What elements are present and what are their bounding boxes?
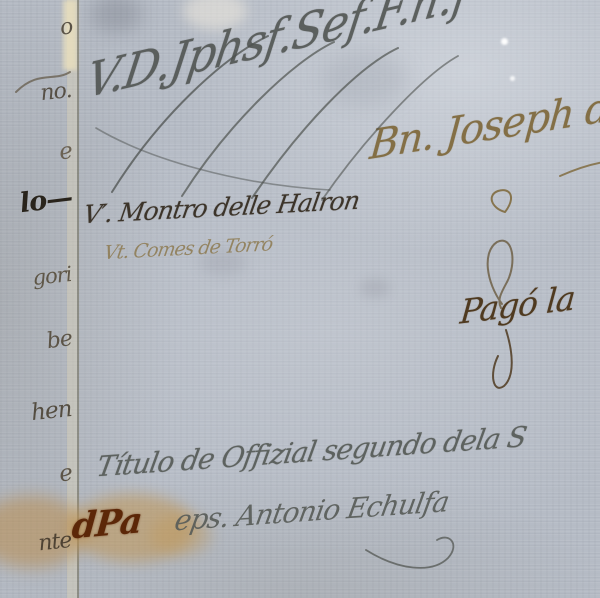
white-speck xyxy=(501,38,508,45)
paper-mottle xyxy=(360,278,390,298)
margin-fragment: e xyxy=(1,138,74,173)
top-rubric-signature: V.D.Jphsf.Sef.F.h.f xyxy=(83,0,473,110)
paper-smudge xyxy=(90,0,142,34)
margin-fragment: e xyxy=(1,460,74,495)
manuscript-photo: o no. e lo— gori be hen e nte V.D.Jphsf.… xyxy=(0,0,600,598)
margin-fragment: be xyxy=(1,326,74,360)
titulo-line: Título de Offizial segundo dela S xyxy=(94,420,529,483)
joseph-signature: Bn. Joseph de xyxy=(368,81,600,170)
antonio-signature: eps. Antonio Echulfa xyxy=(172,485,451,538)
margin-fragment: no. xyxy=(0,78,72,110)
margin-fragment: hen xyxy=(0,396,72,429)
margin-fragment: gori xyxy=(0,262,72,293)
pago-line: Pagó la xyxy=(459,278,577,332)
comes-line: Vt. Comes de Torró xyxy=(102,233,273,264)
pax-ink-blot-word: dPa xyxy=(70,500,143,548)
paper-smudge xyxy=(322,52,408,106)
white-speck xyxy=(510,76,515,81)
margin-fragment: lo— xyxy=(1,182,74,221)
margin-fragment: nte xyxy=(0,528,72,560)
montroy-line: V′. Montro delle Halron xyxy=(81,186,361,230)
